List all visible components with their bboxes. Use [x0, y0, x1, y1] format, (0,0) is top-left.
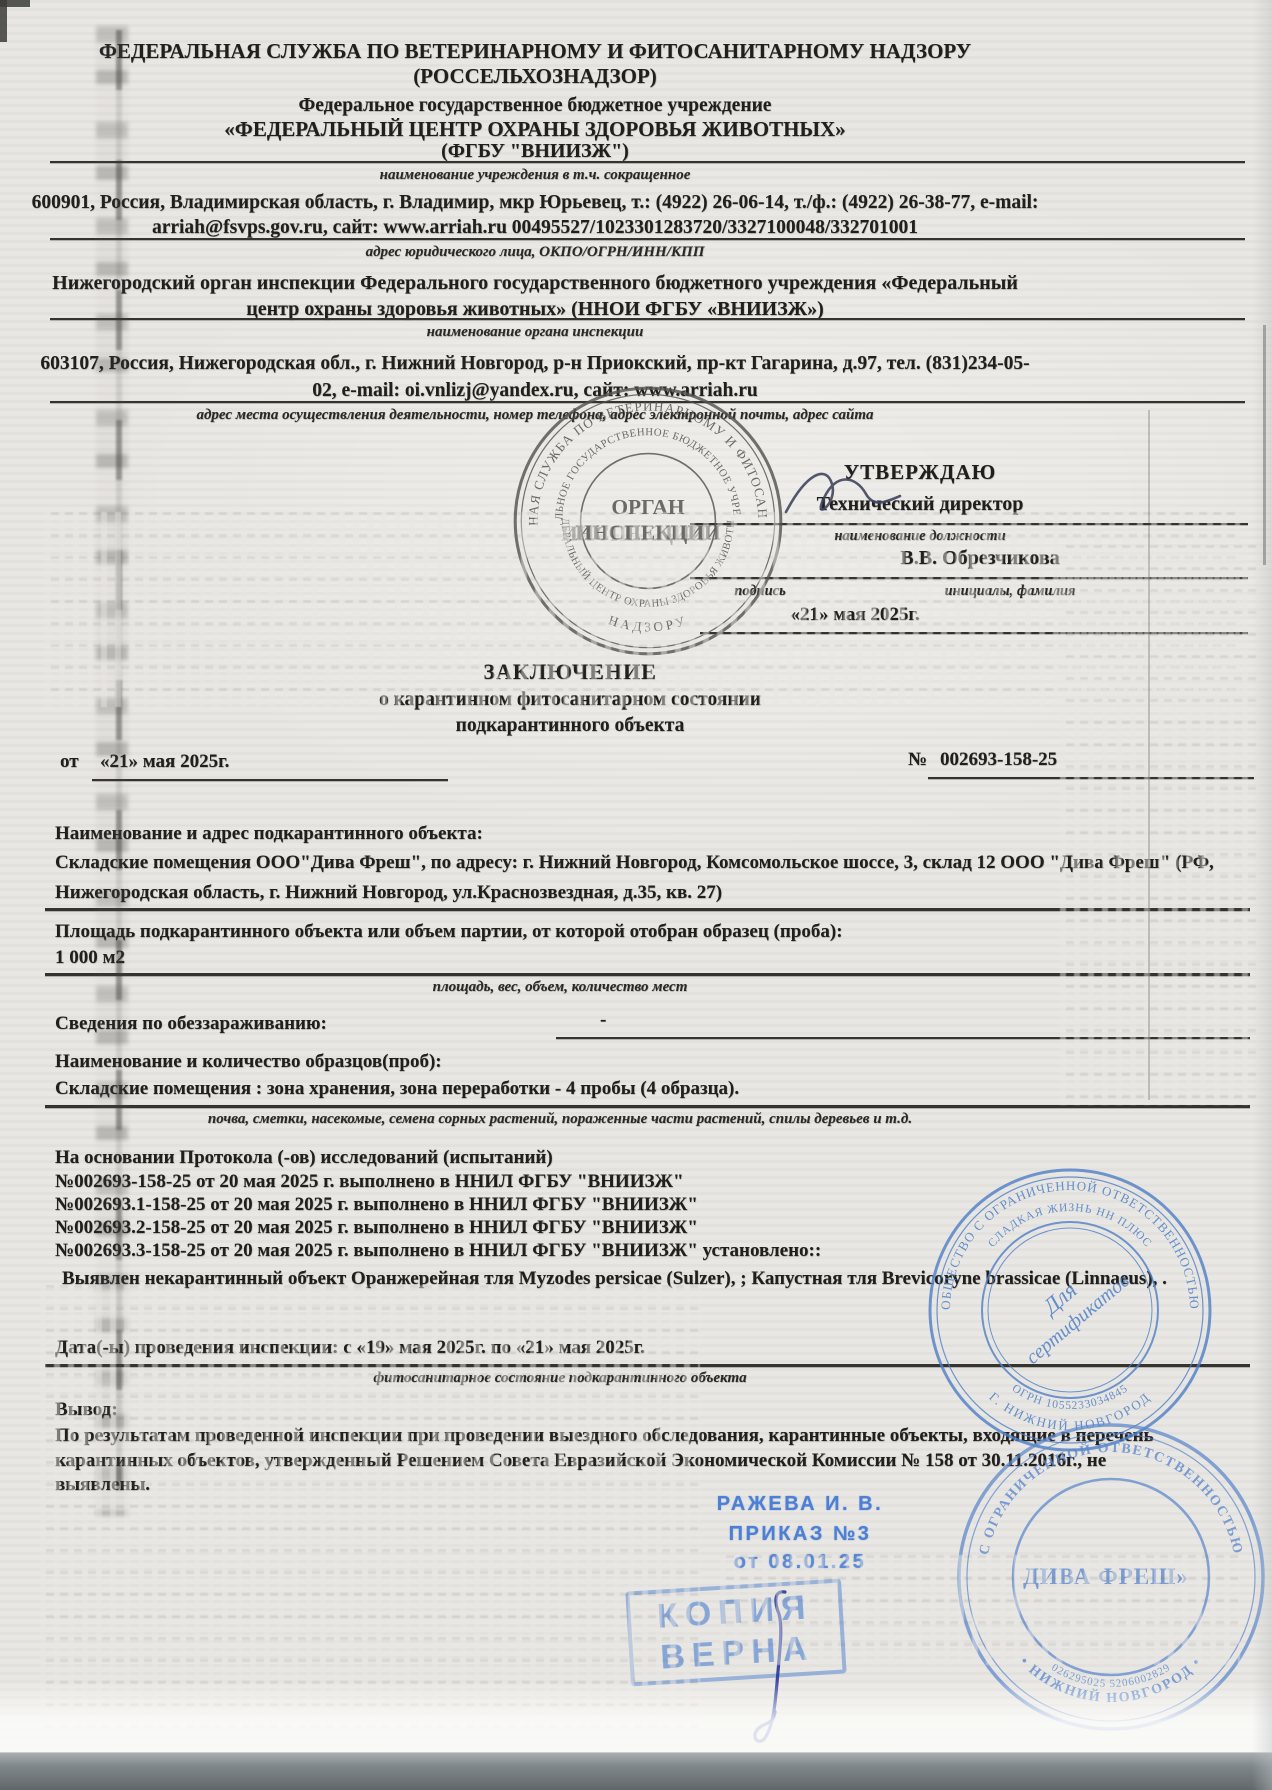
inspection-org-stamp: ФЕДЕРАЛЬНАЯ СЛУЖБА ПО ВЕТЕРИНАРНОМУ И ФИ… — [505, 378, 791, 664]
copy-stamp-signature — [745, 1588, 815, 1758]
samples-value: Складские помещения : зона хранения, зон… — [55, 1077, 739, 1101]
svg-text:НАДЗОРУ: НАДЗОРУ — [607, 612, 690, 634]
samples-rule — [45, 1105, 1250, 1108]
area-label: Площадь подкарантинного объекта или объе… — [55, 920, 843, 944]
org-stamp-ring-bottom-text: НАДЗОРУ — [607, 612, 690, 634]
header-institution-type: Федеральное государственное бюджетное уч… — [40, 94, 1030, 118]
doc-number: 002693-158-25 — [940, 748, 1057, 772]
doc-title-line3: подкарантинного объекта — [40, 714, 1100, 738]
scan-edge-mark-right — [1263, 325, 1266, 565]
org-stamp-center-line2-ghost: ИНСПЕКЦИИ — [561, 521, 707, 545]
director-signature — [778, 450, 908, 550]
area-value: 1 000 м2 — [55, 946, 125, 970]
inspection-dates-label: Дата(-ы) проведения инспекции: с «19» ма… — [55, 1336, 645, 1360]
approval-name-caption: инициалы, фамилия — [890, 582, 1130, 600]
header-divider-3 — [50, 318, 1245, 320]
object-label: Наименование и адрес подкарантинного объ… — [55, 822, 483, 846]
svg-text:СЛАДКАЯ ЖИЗНЬ НН ПЛЮС: СЛАДКАЯ ЖИЗНЬ НН ПЛЮС — [986, 1202, 1154, 1250]
scan-noise-right-column — [1060, 545, 1260, 1105]
doc-title-line1: ЗАКЛЮЧЕНИЕ — [40, 658, 1100, 686]
protocol-item-1: №002693-158-25 от 20 мая 2025 г. выполне… — [55, 1170, 684, 1194]
razheva-stamp-line1: РАЖЕВА И. В. — [690, 1493, 910, 1516]
disinfection-label: Сведения по обеззараживанию: — [55, 1012, 327, 1036]
header-legal-address-caption: адрес юридического лица, ОКПО/ОГРН/ИНН/К… — [40, 243, 1030, 262]
protocols-label: На основании Протокола (-ов) исследовани… — [55, 1146, 553, 1170]
scanned-document-page: ФЕДЕРАЛЬНАЯ СЛУЖБА ПО ВЕТЕРИНАРНОМУ И ФИ… — [0, 0, 1272, 1790]
disinfection-rule — [556, 1037, 1250, 1039]
header-legal-address-line1: 600901, Россия, Владимирская область, г.… — [30, 191, 1040, 215]
razheva-stamp-line3: от 08.01.25 — [690, 1551, 910, 1574]
diva-fresh-round-stamp: С ОГРАНИЧЕННОЙ ОТВЕТСТВЕННОСТЬЮ • НИЖНИЙ… — [946, 1412, 1272, 1742]
header-divider-1 — [50, 161, 1245, 163]
doc-title-line2: о карантинном фитосанитарном состоянии — [40, 688, 1100, 712]
diva-stamp-center-text: ДИВА ФРЕШ» — [1023, 1564, 1189, 1589]
scan-corner-mark-top — [0, 0, 30, 7]
cert-stamp-center-line2: сертификатов — [1022, 1269, 1134, 1368]
object-rule — [45, 908, 1250, 911]
header-service-name: ФЕДЕРАЛЬНАЯ СЛУЖБА ПО ВЕТЕРИНАРНОМУ И ФИ… — [40, 38, 1030, 64]
header-institution-caption: наименование учреждения в т.ч. сокращенн… — [40, 166, 1030, 185]
razheva-stamp-line2: ПРИКАЗ №3 — [690, 1523, 910, 1546]
header-legal-address-line2: arriah@fsvps.gov.ru, сайт: www.arriah.ru… — [30, 216, 1040, 240]
samples-label: Наименование и количество образцов(проб)… — [55, 1050, 442, 1074]
header-inspection-org: Нижегородский орган инспекции Федерально… — [25, 270, 1045, 322]
header-divider-2 — [50, 238, 1245, 240]
scanner-bed-edge — [0, 1752, 1272, 1790]
doc-number-line — [928, 777, 1254, 779]
area-rule — [45, 973, 1250, 976]
doc-date: «21» мая 2025г. — [100, 750, 229, 774]
samples-caption: почва, сметки, насекомые, семена сорных … — [55, 1110, 1065, 1129]
protocol-item-2: №002693.1-158-25 от 20 мая 2025 г. выпол… — [55, 1193, 698, 1217]
inspection-dates-caption: фитосанитарное состояние подкарантинного… — [55, 1369, 1065, 1388]
conclusion-label: Вывод: — [55, 1398, 118, 1422]
doc-number-prefix: № — [908, 748, 927, 772]
protocol-item-3: №002693.2-158-25 от 20 мая 2025 г. выпол… — [55, 1216, 698, 1240]
doc-date-prefix: от — [60, 750, 79, 774]
header-inspection-org-caption: наименование органа инспекции — [40, 323, 1030, 342]
disinfection-value: - — [600, 1008, 606, 1032]
area-caption: площадь, вес, объем, количество мест — [55, 978, 1065, 997]
object-value: Складские помещения ООО"Дива Фреш", по а… — [55, 848, 1225, 908]
cert-stamp-ring2-top-text: СЛАДКАЯ ЖИЗНЬ НН ПЛЮС — [986, 1202, 1154, 1250]
scan-fold-line — [1148, 410, 1150, 1100]
scan-corner-mark-side — [0, 0, 7, 42]
org-stamp-center-line1: ОРГАН — [611, 495, 685, 519]
protocol-item-4: №002693.3-158-25 от 20 мая 2025 г. выпол… — [55, 1239, 821, 1263]
doc-date-line — [92, 779, 448, 781]
header-service-short: (РОССЕЛЬХОЗНАДЗОР) — [40, 63, 1030, 89]
